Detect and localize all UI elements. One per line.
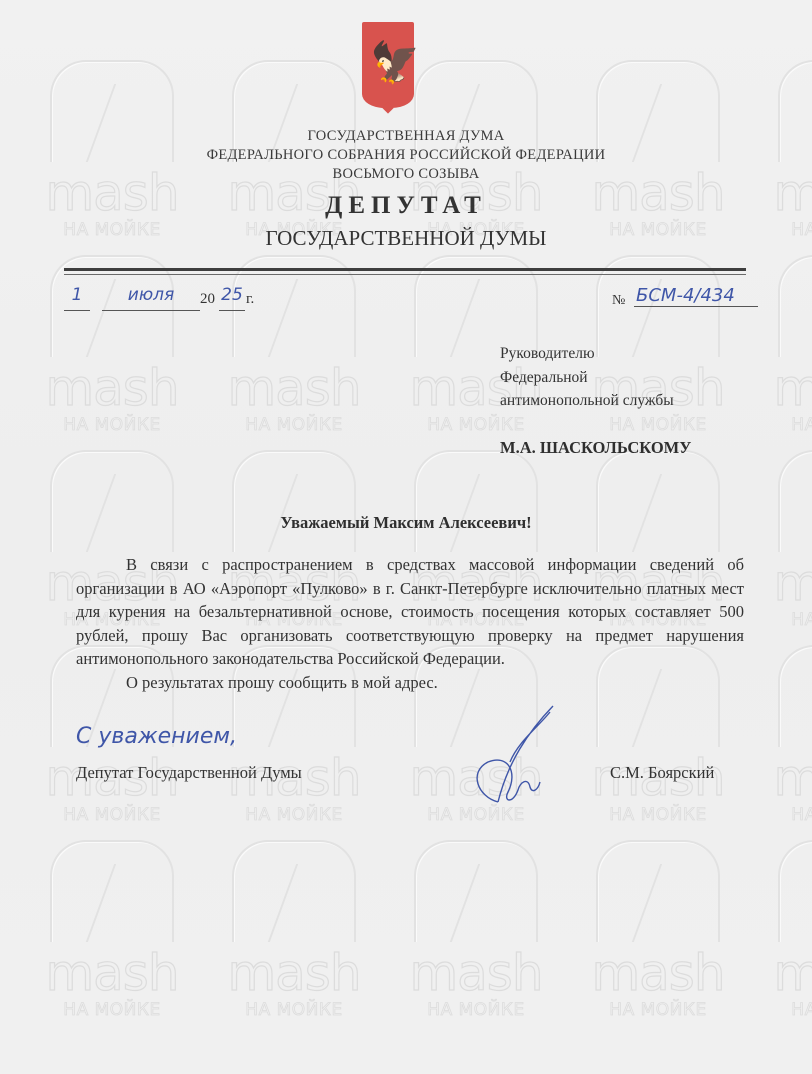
salutation: Уважаемый Максим Алексеевич! xyxy=(0,513,812,533)
header-rule-thick xyxy=(64,268,746,271)
watermark-tagline: НА МОЙКЕ xyxy=(588,1000,728,1020)
mash-logo-icon xyxy=(414,840,538,942)
date-month: июля xyxy=(102,285,200,311)
watermark-tagline: НА МОЙКЕ xyxy=(770,805,812,825)
mash-logo-icon xyxy=(778,840,812,942)
addressee-line-2: Федеральной xyxy=(500,366,674,390)
mash-watermark-tile: mashНА МОЙКЕ xyxy=(770,645,812,835)
watermark-tagline: НА МОЙКЕ xyxy=(42,415,182,435)
watermark-tagline: НА МОЙКЕ xyxy=(588,805,728,825)
number-sign: № xyxy=(612,293,625,309)
mash-logo-icon xyxy=(778,645,812,747)
mash-logo-icon xyxy=(596,840,720,942)
mash-watermark-tile: mashНА МОЙКЕ xyxy=(770,840,812,1030)
watermark-tagline: НА МОЙКЕ xyxy=(406,415,546,435)
addressee-line-1: Руководителю xyxy=(500,342,674,366)
watermark-word: mash xyxy=(406,948,546,998)
mash-logo-icon xyxy=(232,450,356,552)
signatory-title: Депутат Государственной Думы xyxy=(76,763,302,783)
mash-watermark-tile: mashНА МОЙКЕ xyxy=(224,840,374,1030)
mash-logo-icon xyxy=(778,255,812,357)
russian-coat-of-arms-icon: 🦅 xyxy=(362,22,414,108)
header-rule-thin xyxy=(64,274,746,275)
watermark-tagline: НА МОЙКЕ xyxy=(224,415,364,435)
letter-page: mashНА МОЙКЕmashНА МОЙКЕmashНА МОЙКЕmash… xyxy=(0,0,812,1074)
watermark-tagline: НА МОЙКЕ xyxy=(770,1000,812,1020)
watermark-tagline: НА МОЙКЕ xyxy=(224,1000,364,1020)
mash-logo-icon xyxy=(50,840,174,942)
watermark-word: mash xyxy=(770,753,812,803)
addressee-block: Руководителю Федеральной антимонопольной… xyxy=(500,342,674,413)
watermark-word: mash xyxy=(224,948,364,998)
mash-logo-icon xyxy=(50,450,174,552)
mash-watermark-tile: mashНА МОЙКЕ xyxy=(42,840,192,1030)
mash-watermark-tile: mashНА МОЙКЕ xyxy=(224,255,374,445)
watermark-tagline: НА МОЙКЕ xyxy=(42,1000,182,1020)
mash-logo-icon xyxy=(414,450,538,552)
mash-logo-icon xyxy=(778,450,812,552)
watermark-tagline: НА МОЙКЕ xyxy=(770,415,812,435)
handwritten-valediction: С уважением, xyxy=(76,724,237,749)
date-day: 1 xyxy=(64,285,90,311)
watermark-tagline: НА МОЙКЕ xyxy=(406,1000,546,1020)
watermark-word: mash xyxy=(770,363,812,413)
addressee-line-3: антимонопольной службы xyxy=(500,389,674,413)
date-g-suffix: г. xyxy=(246,291,254,308)
watermark-word: mash xyxy=(42,948,182,998)
date-year-prefix: 20 xyxy=(200,291,215,308)
mash-logo-icon xyxy=(232,840,356,942)
signature-icon xyxy=(458,702,558,812)
letter-body: В связи с распространением в средствах м… xyxy=(76,553,744,694)
letterhead-line-2: ФЕДЕРАЛЬНОГО СОБРАНИЯ РОССИЙСКОЙ ФЕДЕРАЦ… xyxy=(0,147,812,164)
watermark-word: mash xyxy=(770,948,812,998)
mash-watermark-tile: mashНА МОЙКЕ xyxy=(770,450,812,640)
watermark-tagline: НА МОЙКЕ xyxy=(588,415,728,435)
double-headed-eagle-icon: 🦅 xyxy=(370,32,406,94)
letterhead-line-3: ВОСЬМОГО СОЗЫВА xyxy=(0,166,812,183)
watermark-word: mash xyxy=(770,558,812,608)
body-paragraph-1: В связи с распространением в средствах м… xyxy=(76,553,744,671)
signatory-name: С.М. Боярский xyxy=(610,763,714,783)
watermark-tagline: НА МОЙКЕ xyxy=(42,805,182,825)
letterhead-subtitle: ГОСУДАРСТВЕННОЙ ДУМЫ xyxy=(0,226,812,251)
document-number: БСМ-4/434 xyxy=(634,285,758,307)
watermark-word: mash xyxy=(588,948,728,998)
watermark-word: mash xyxy=(42,363,182,413)
watermark-word: mash xyxy=(224,363,364,413)
letterhead-line-1: ГОСУДАРСТВЕННАЯ ДУМА xyxy=(0,128,812,145)
watermark-tagline: НА МОЙКЕ xyxy=(770,610,812,630)
addressee-name: М.А. ШАСКОЛЬСКОМУ xyxy=(500,438,691,458)
mash-watermark-tile: mashНА МОЙКЕ xyxy=(770,255,812,445)
date-year-suffix: 25 xyxy=(219,285,245,311)
body-paragraph-2: О результатах прошу сообщить в мой адрес… xyxy=(76,671,744,695)
watermark-tagline: НА МОЙКЕ xyxy=(224,805,364,825)
mash-watermark-tile: mashНА МОЙКЕ xyxy=(588,840,738,1030)
mash-watermark-tile: mashНА МОЙКЕ xyxy=(406,840,556,1030)
mash-logo-icon xyxy=(596,450,720,552)
mash-watermark-tile: mashНА МОЙКЕ xyxy=(42,255,192,445)
letterhead-title: ДЕПУТАТ xyxy=(0,192,812,220)
